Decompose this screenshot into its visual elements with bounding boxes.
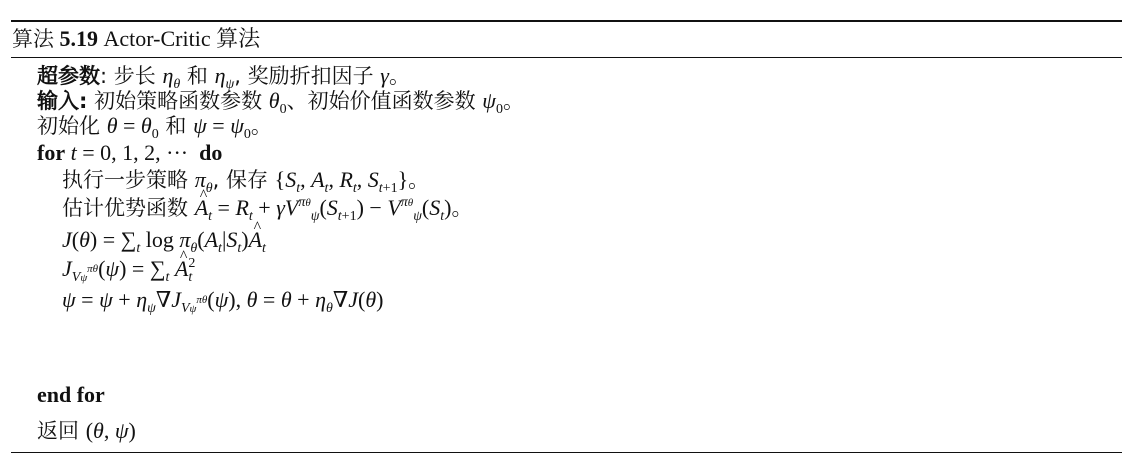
end-for-keyword: end for	[37, 382, 105, 407]
step-parameter-update: ψ = ψ + ηψ∇JVψπθ(ψ), θ = θ + ηθ∇J(θ)	[62, 287, 384, 313]
algorithm-caption: 算法 5.19 Actor-Critic 算法	[12, 26, 260, 52]
step-estimate-advantage: 估计优势函数 At = Rt + γVπθψ(St+1) − Vπθψ(St)。	[62, 195, 472, 221]
caption-rule	[11, 57, 1122, 58]
hyperparams-keyword: 超参数	[37, 64, 100, 88]
step-policy-objective: J(θ) = ∑t log πθ(At|St)At	[62, 227, 266, 253]
algorithm-name: Actor-Critic 算法	[104, 26, 261, 51]
do-keyword: do	[199, 140, 222, 165]
return-line: 返回 (θ, ψ)	[37, 418, 136, 444]
for-keyword: for	[37, 140, 65, 165]
hyperparams-line: 超参数: 步长 ηθ 和 ηψ, 奖励折扣因子 γ。	[37, 63, 410, 89]
end-for-line: end for	[37, 382, 105, 408]
input-line: 输入: 初始策略函数参数 θ0、初始价值函数参数 ψ0。	[37, 88, 524, 114]
algorithm-number: 5.19	[60, 26, 99, 51]
init-line: 初始化 θ = θ0 和 ψ = ψ0。	[37, 113, 272, 139]
bottom-rule	[11, 452, 1122, 453]
input-keyword: 输入:	[37, 89, 87, 113]
top-rule	[11, 20, 1122, 22]
algorithm-label: 算法	[12, 27, 54, 51]
step-execute-policy: 执行一步策略 πθ, 保存 {St, At, Rt, St+1}。	[62, 167, 429, 193]
for-line: for t = 0, 1, 2, ··· do	[37, 140, 222, 166]
step-value-objective: JVψπθ(ψ) = ∑t A2t	[62, 256, 192, 282]
